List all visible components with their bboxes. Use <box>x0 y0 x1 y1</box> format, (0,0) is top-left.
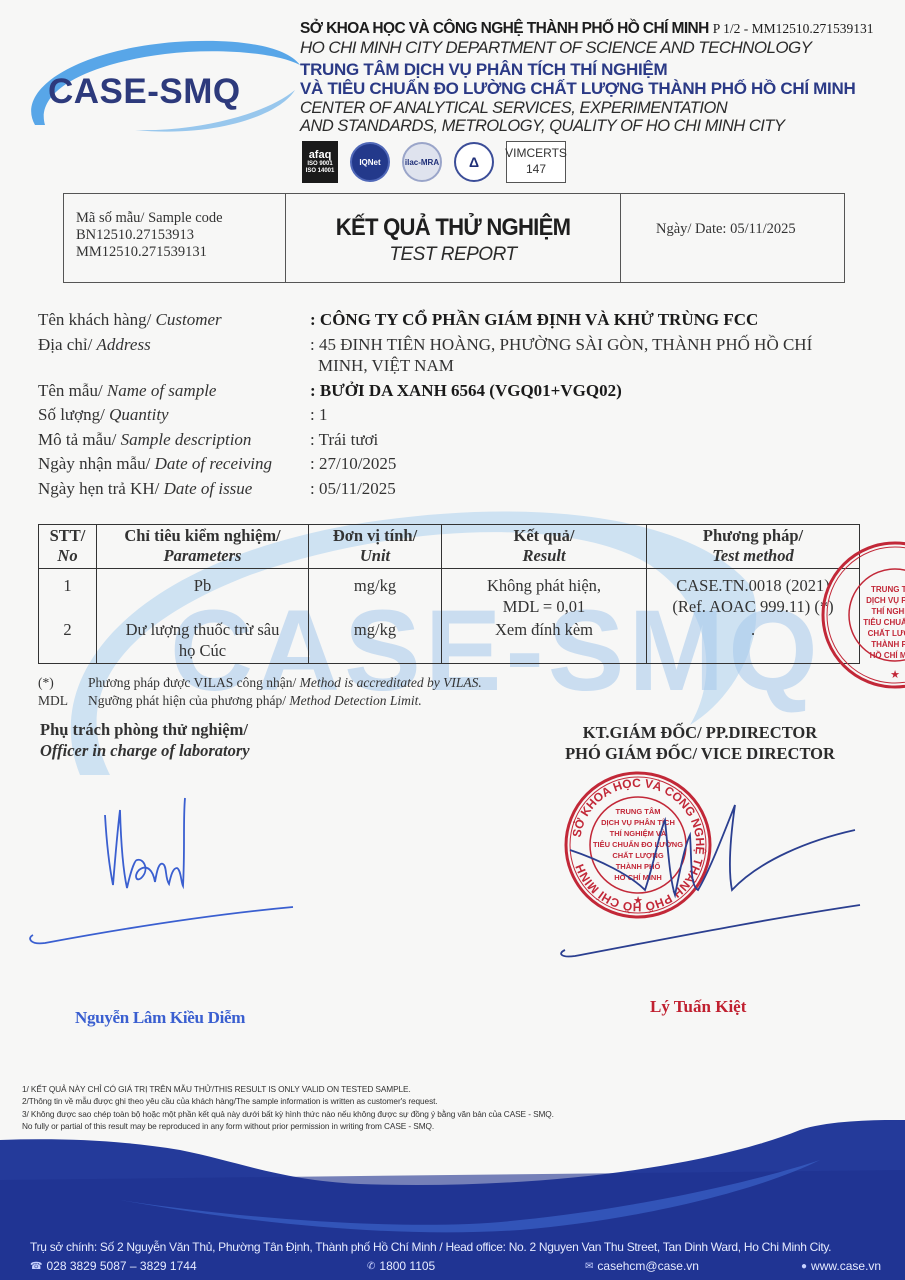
cell-unit: mg/kg <box>309 617 442 664</box>
vimcerts-number: 147 <box>526 162 546 178</box>
info-label: Số lượng/ Quantity <box>38 403 310 428</box>
date-issue-value: : 05/11/2025 <box>310 477 858 502</box>
cell-result: Xem đính kèm <box>442 617 647 664</box>
director-title-line-1: KT.GIÁM ĐỐC/ PP.DIRECTOR <box>520 722 880 743</box>
department-en: HO CHI MINH CITY DEPARTMENT OF SCIENCE A… <box>300 38 811 58</box>
phone-icon: ☎ <box>30 1261 42 1272</box>
certification-logos: afaq ISO 9001 ISO 14001 IQNet ilac-MRA Δ… <box>302 141 566 183</box>
report-title-cell: KẾT QUẢ THỬ NGHIỆM TEST REPORT <box>286 194 621 282</box>
quantity-value: : 1 <box>310 403 858 428</box>
iqnet-logo-icon: IQNet <box>350 142 390 182</box>
cell-no: 1 <box>39 569 97 618</box>
director-title: KT.GIÁM ĐỐC/ PP.DIRECTOR PHÓ GIÁM ĐỐC/ V… <box>520 722 880 764</box>
department-vi: SỞ KHOA HỌC VÀ CÔNG NGHỆ THÀNH PHỐ HỒ CH… <box>300 20 874 38</box>
address-value: : 45 ĐINH TIÊN HOÀNG, PHƯỜNG SÀI GÒN, TH… <box>310 333 858 379</box>
results-table: STT/No Chỉ tiêu kiểm nghiệm/Parameters Đ… <box>38 524 860 664</box>
sample-code-label: Mã số mẫu/ Sample code <box>76 210 285 227</box>
report-title-vi: KẾT QUẢ THỬ NGHIỆM <box>299 214 606 242</box>
address-line-2: MINH, VIỆT NAM <box>310 354 858 379</box>
info-label: Ngày nhận mẫu/ Date of receiving <box>38 452 310 477</box>
info-label: Địa chỉ/ Address <box>38 333 310 379</box>
disclaimer-1: 1/ KẾT QUẢ NÀY CHỈ CÓ GIÁ TRỊ TRÊN MẪU T… <box>22 1083 554 1095</box>
officer-title-vi: Phụ trách phòng thử nghiệm/ <box>40 719 250 740</box>
svg-text:TRUNG TÂM: TRUNG TÂM <box>871 585 905 594</box>
svg-text:★: ★ <box>890 669 900 681</box>
vimcerts-label: VIMCERTS <box>505 146 567 162</box>
afaq-line: ISO 14001 <box>306 168 335 175</box>
vilas-logo-icon: Δ <box>454 142 494 182</box>
center-name-en-2: AND STANDARDS, METROLOGY, QUALITY OF HO … <box>300 117 784 136</box>
center-name-vi-2: VÀ TIÊU CHUẨN ĐO LƯỜNG CHẤT LƯỢNG THÀNH … <box>300 79 855 99</box>
sample-info: Tên khách hàng/ Customer : CÔNG TY CỔ PH… <box>38 308 858 501</box>
side-stamp-icon: TRUNG TÂM DỊCH VỤ PHÂN THÍ NGHIỆM TIÊU C… <box>820 540 905 690</box>
email-icon: ✉ <box>585 1261 593 1272</box>
info-row-description: Mô tả mẫu/ Sample description : Trái tươ… <box>38 428 858 453</box>
svg-text:TIÊU CHUẨN ĐO: TIÊU CHUẨN ĐO <box>863 618 905 627</box>
table-row: 1 Pb mg/kg Không phát hiện,MDL = 0,01 CA… <box>39 569 860 618</box>
svg-text:THÀNH PHỐ: THÀNH PHỐ <box>871 639 905 649</box>
footer-hotline: ✆1800 1105 <box>367 1259 585 1273</box>
header-no: STT/No <box>39 525 97 569</box>
info-row-customer: Tên khách hàng/ Customer : CÔNG TY CỔ PH… <box>38 308 858 333</box>
note-mdl: MDLNgưỡng phát hiện của phương pháp/ Met… <box>38 692 482 710</box>
afaq-line: ISO 9001 <box>307 161 332 168</box>
afaq-logo-icon: afaq ISO 9001 ISO 14001 <box>302 141 338 183</box>
info-row-date-received: Ngày nhận mẫu/ Date of receiving : 27/10… <box>38 452 858 477</box>
center-name-en-1: CENTER OF ANALYTICAL SERVICES, EXPERIMEN… <box>300 99 727 118</box>
vimcerts-badge: VIMCERTS 147 <box>506 141 566 183</box>
customer-value: : CÔNG TY CỔ PHẦN GIÁM ĐỊNH VÀ KHỬ TRÙNG… <box>310 308 858 333</box>
phone-text: 028 3829 5087 – 3829 1744 <box>46 1259 196 1273</box>
info-label: Tên mẫu/ Name of sample <box>38 379 310 404</box>
logo-text: CASE-SMQ <box>48 72 241 112</box>
footer-email[interactable]: ✉casehcm@case.vn <box>585 1259 801 1273</box>
cell-parameter: Pb <box>97 569 309 618</box>
info-label: Mô tả mẫu/ Sample description <box>38 428 310 453</box>
report-title-en: TEST REPORT <box>286 244 620 266</box>
sample-name-value: : BƯỞI DA XANH 6564 (VGQ01+VGQ02) <box>310 379 858 404</box>
sample-code-1: BN12510.27153913 <box>76 227 285 244</box>
officer-signature-icon <box>25 790 305 950</box>
sample-code-cell: Mã số mẫu/ Sample code BN12510.27153913 … <box>64 194 286 282</box>
ilac-mra-logo-icon: ilac-MRA <box>402 142 442 182</box>
hotline-text: 1800 1105 <box>379 1259 435 1273</box>
report-title-box: Mã số mẫu/ Sample code BN12510.27153913 … <box>63 193 845 283</box>
director-name: Lý Tuấn Kiệt <box>650 997 746 1017</box>
info-label: Tên khách hàng/ Customer <box>38 308 310 333</box>
header-result: Kết quả/Result <box>442 525 647 569</box>
footer-address: Trụ sở chính: Số 2 Nguyễn Văn Thủ, Phườn… <box>30 1240 831 1254</box>
header-unit: Đơn vị tính/Unit <box>309 525 442 569</box>
afaq-label: afaq <box>309 149 332 161</box>
officer-title-en: Officer in charge of laboratory <box>40 740 250 761</box>
website-text[interactable]: www.case.vn <box>811 1259 881 1273</box>
note-accredited: (*)Phương pháp được VILAS công nhận/ Met… <box>38 674 482 692</box>
disclaimer-2: 2/Thông tin về mẫu được ghi theo yêu cầu… <box>22 1095 554 1107</box>
info-row-quantity: Số lượng/ Quantity : 1 <box>38 403 858 428</box>
cell-result: Không phát hiện,MDL = 0,01 <box>442 569 647 618</box>
director-title-line-2: PHÓ GIÁM ĐỐC/ VICE DIRECTOR <box>520 743 880 764</box>
description-value: : Trái tươi <box>310 428 858 453</box>
date-received-value: : 27/10/2025 <box>310 452 858 477</box>
page-reference: P 1/2 - MM12510.271539131 <box>713 21 874 36</box>
svg-text:CHẤT LƯỢNG: CHẤT LƯỢNG <box>868 628 905 638</box>
cell-parameter: Dư lượng thuốc trừ sâuhọ Cúc <box>97 617 309 664</box>
footer-wave <box>0 1120 905 1280</box>
table-row: 2 Dư lượng thuốc trừ sâuhọ Cúc mg/kg Xem… <box>39 617 860 664</box>
officer-title: Phụ trách phòng thử nghiệm/ Officer in c… <box>40 719 250 761</box>
footer-phone: ☎028 3829 5087 – 3829 1744 <box>30 1259 367 1273</box>
disclaimer-3: 3/ Không được sao chép toàn bộ hoặc một … <box>22 1108 554 1120</box>
hotline-icon: ✆ <box>367 1261 375 1272</box>
report-date: Ngày/ Date: 05/11/2025 <box>621 194 844 282</box>
email-text[interactable]: casehcm@case.vn <box>597 1259 699 1273</box>
info-label: Ngày hẹn trả KH/ Date of issue <box>38 477 310 502</box>
info-row-date-issue: Ngày hẹn trả KH/ Date of issue : 05/11/2… <box>38 477 858 502</box>
table-notes: (*)Phương pháp được VILAS công nhận/ Met… <box>38 674 482 710</box>
director-signature-icon <box>560 790 880 960</box>
info-row-address: Địa chỉ/ Address : 45 ĐINH TIÊN HOÀNG, P… <box>38 333 858 379</box>
officer-name: Nguyễn Lâm Kiều Diễm <box>75 1008 245 1028</box>
svg-text:DỊCH VỤ PHÂN: DỊCH VỤ PHÂN <box>866 596 905 605</box>
header-parameters: Chỉ tiêu kiểm nghiệm/Parameters <box>97 525 309 569</box>
svg-text:THÍ NGHIỆM: THÍ NGHIỆM <box>871 607 905 616</box>
cell-no: 2 <box>39 617 97 664</box>
svg-text:HỒ CHÍ MINH: HỒ CHÍ MINH <box>870 650 905 660</box>
cell-unit: mg/kg <box>309 569 442 618</box>
globe-icon: ● <box>801 1261 807 1272</box>
footer-contacts: ☎028 3829 5087 – 3829 1744 ✆1800 1105 ✉c… <box>30 1259 900 1273</box>
footer-website[interactable]: ●www.case.vn <box>801 1259 881 1273</box>
sample-code-2: MM12510.271539131 <box>76 244 285 261</box>
info-row-sample-name: Tên mẫu/ Name of sample : BƯỞI DA XANH 6… <box>38 379 858 404</box>
table-header-row: STT/No Chỉ tiêu kiểm nghiệm/Parameters Đ… <box>39 525 860 569</box>
department-vi-text: SỞ KHOA HỌC VÀ CÔNG NGHỆ THÀNH PHỐ HỒ CH… <box>300 20 709 37</box>
center-name-vi-1: TRUNG TÂM DỊCH VỤ PHÂN TÍCH THÍ NGHIỆM <box>300 60 667 80</box>
